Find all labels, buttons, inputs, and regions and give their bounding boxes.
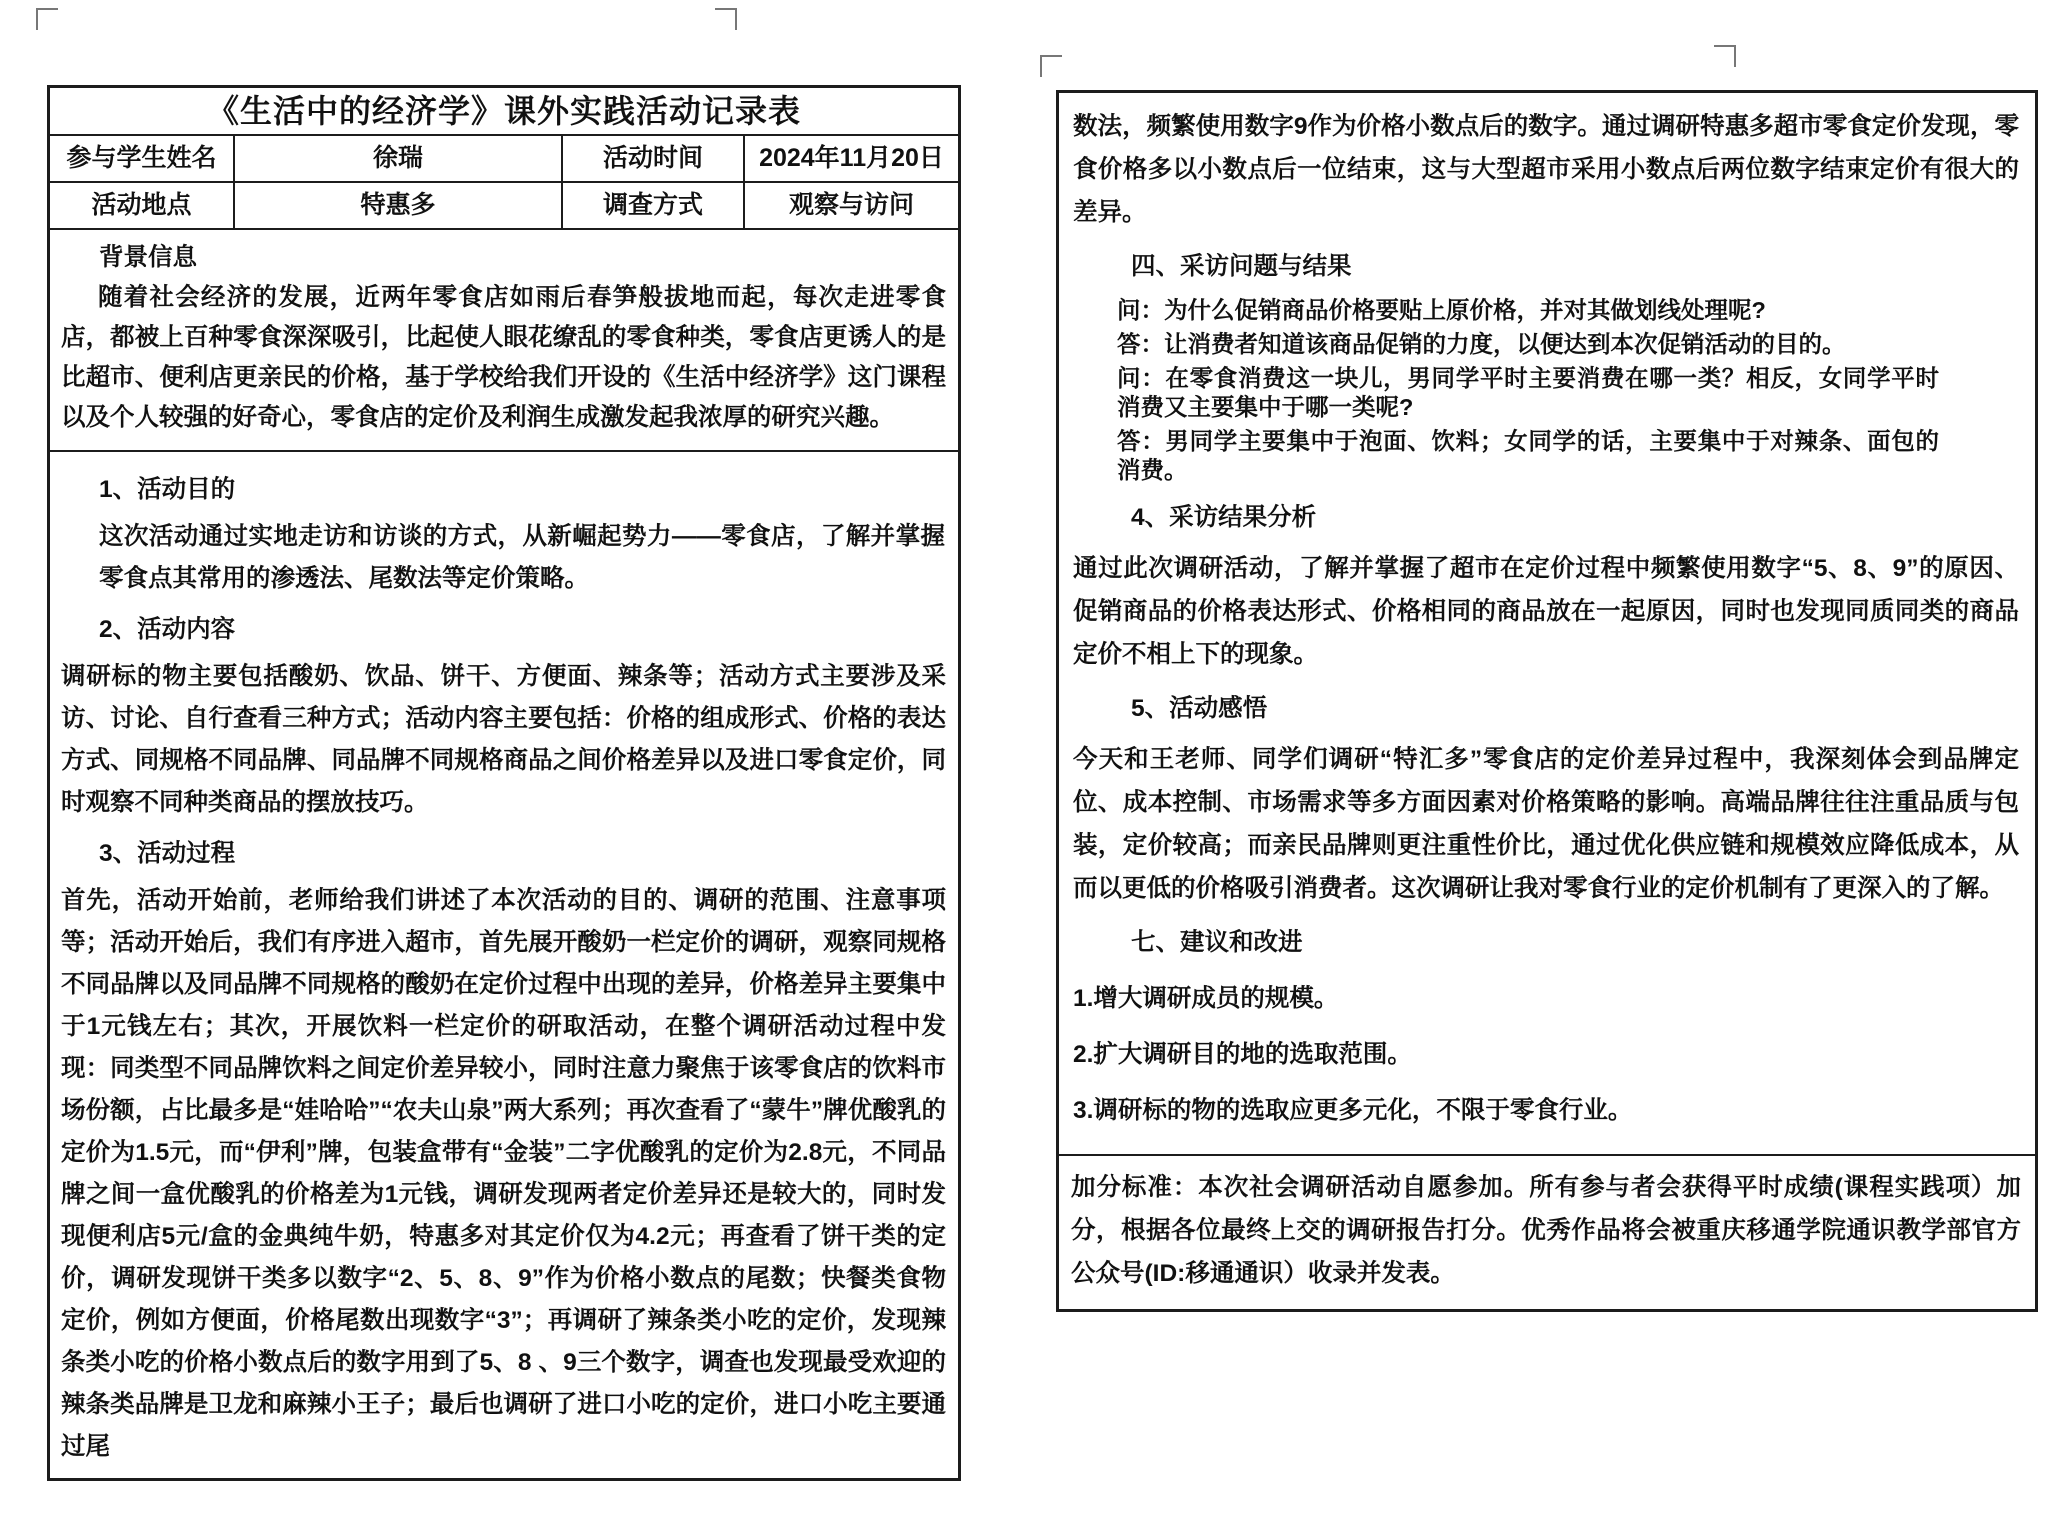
value-student-name: 徐瑞 [235,136,563,181]
value-activity-location: 特惠多 [235,183,563,228]
value-survey-method: 观察与访问 [745,183,958,228]
suggestion-item: 2.扩大调研目的地的选取范围。 [1073,1032,2019,1078]
crop-mark [1714,45,1736,67]
section-3-continuation: 数法，频繁使用数字9作为价格小数点后的数字。通过调研特惠多超市零食定价发现，零食… [1073,105,2019,234]
record-form-page-2: 数法，频繁使用数字9作为价格小数点后的数字。通过调研特惠多超市零食定价发现，零食… [1056,90,2038,1312]
bonus-criteria-cell: 加分标准：本次社会调研活动自愿参加。所有参与者会获得平时成绩(课程实践项）加分，… [1059,1154,2035,1309]
qa-answer: 答：让消费者知道该商品促销的力度，以便达到本次促销活动的目的。 [1117,330,1939,359]
background-heading: 背景信息 [99,238,946,278]
analysis-heading: 4、采访结果分析 [1131,495,2019,541]
section-1-heading: 1、活动目的 [99,468,946,512]
interview-heading: 四、采访问题与结果 [1131,244,2019,290]
qa-question: 问：为什么促销商品价格要贴上原价格，并对其做划线处理呢? [1117,296,1939,325]
suggestions-heading: 七、建议和改进 [1131,920,2019,966]
background-paragraph: 随着社会经济的发展，近两年零食店如雨后春笋般拔地而起，每次走进零食店，都被上百种… [61,278,946,438]
background-cell: 背景信息 随着社会经济的发展，近两年零食店如雨后春笋般拔地而起，每次走进零食店，… [50,230,958,452]
form-title: 《生活中的经济学》课外实践活动记录表 [50,88,958,136]
section-3-body: 首先，活动开始前，老师给我们讲述了本次活动的目的、调研的范围、注意事项等；活动开… [61,880,946,1468]
label-activity-location: 活动地点 [50,183,235,228]
bonus-criteria-text: 加分标准：本次社会调研活动自愿参加。所有参与者会获得平时成绩(课程实践项）加分，… [1071,1166,2021,1295]
section-2-heading: 2、活动内容 [99,608,946,652]
record-form-page-1: 《生活中的经济学》课外实践活动记录表 参与学生姓名 徐瑞 活动时间 2024年1… [47,85,961,1481]
main-content-cell: 1、活动目的 这次活动通过实地走访和访谈的方式，从新崛起势力——零食店，了解并掌… [50,452,958,1478]
reflection-body: 今天和王老师、同学们调研“特汇多”零食店的定价差异过程中，我深刻体会到品牌定位、… [1073,738,2019,910]
label-student-name: 参与学生姓名 [50,136,235,181]
interview-qa-list: 问：为什么促销商品价格要贴上原价格，并对其做划线处理呢? 答：让消费者知道该商品… [1117,296,1939,485]
info-row-location: 活动地点 特惠多 调查方式 观察与访问 [50,183,958,230]
crop-mark [715,8,737,30]
crop-mark [36,8,58,30]
label-survey-method: 调查方式 [563,183,745,228]
section-3-heading: 3、活动过程 [99,832,946,876]
info-row-student: 参与学生姓名 徐瑞 活动时间 2024年11月20日 [50,136,958,183]
reflection-heading: 5、活动感悟 [1131,686,2019,732]
qa-question: 问：在零食消费这一块儿，男同学平时主要消费在哪一类？相反，女同学平时消费又主要集… [1117,364,1939,422]
section-1-body: 这次活动通过实地走访和访谈的方式，从新崛起势力——零食店，了解并掌握零食点其常用… [99,516,945,600]
value-activity-time: 2024年11月20日 [745,136,958,181]
page2-content-cell: 数法，频繁使用数字9作为价格小数点后的数字。通过调研特惠多超市零食定价发现，零食… [1059,93,2035,1154]
crop-mark [1040,55,1062,77]
section-2-body: 调研标的物主要包括酸奶、饮品、饼干、方便面、辣条等；活动方式主要涉及采访、讨论、… [61,656,946,824]
scanned-document: { "page1": { "title": "《生活中的经济学》课外实践活动记录… [0,0,2048,1536]
label-activity-time: 活动时间 [563,136,745,181]
analysis-body: 通过此次调研活动，了解并掌握了超市在定价过程中频繁使用数字“5、8、9”的原因、… [1073,547,2019,676]
suggestion-item: 1.增大调研成员的规模。 [1073,976,2019,1022]
suggestion-item: 3.调研标的物的选取应更多元化，不限于零食行业。 [1073,1088,2019,1134]
qa-answer: 答：男同学主要集中于泡面、饮料；女同学的话，主要集中于对辣条、面包的消费。 [1117,427,1939,485]
